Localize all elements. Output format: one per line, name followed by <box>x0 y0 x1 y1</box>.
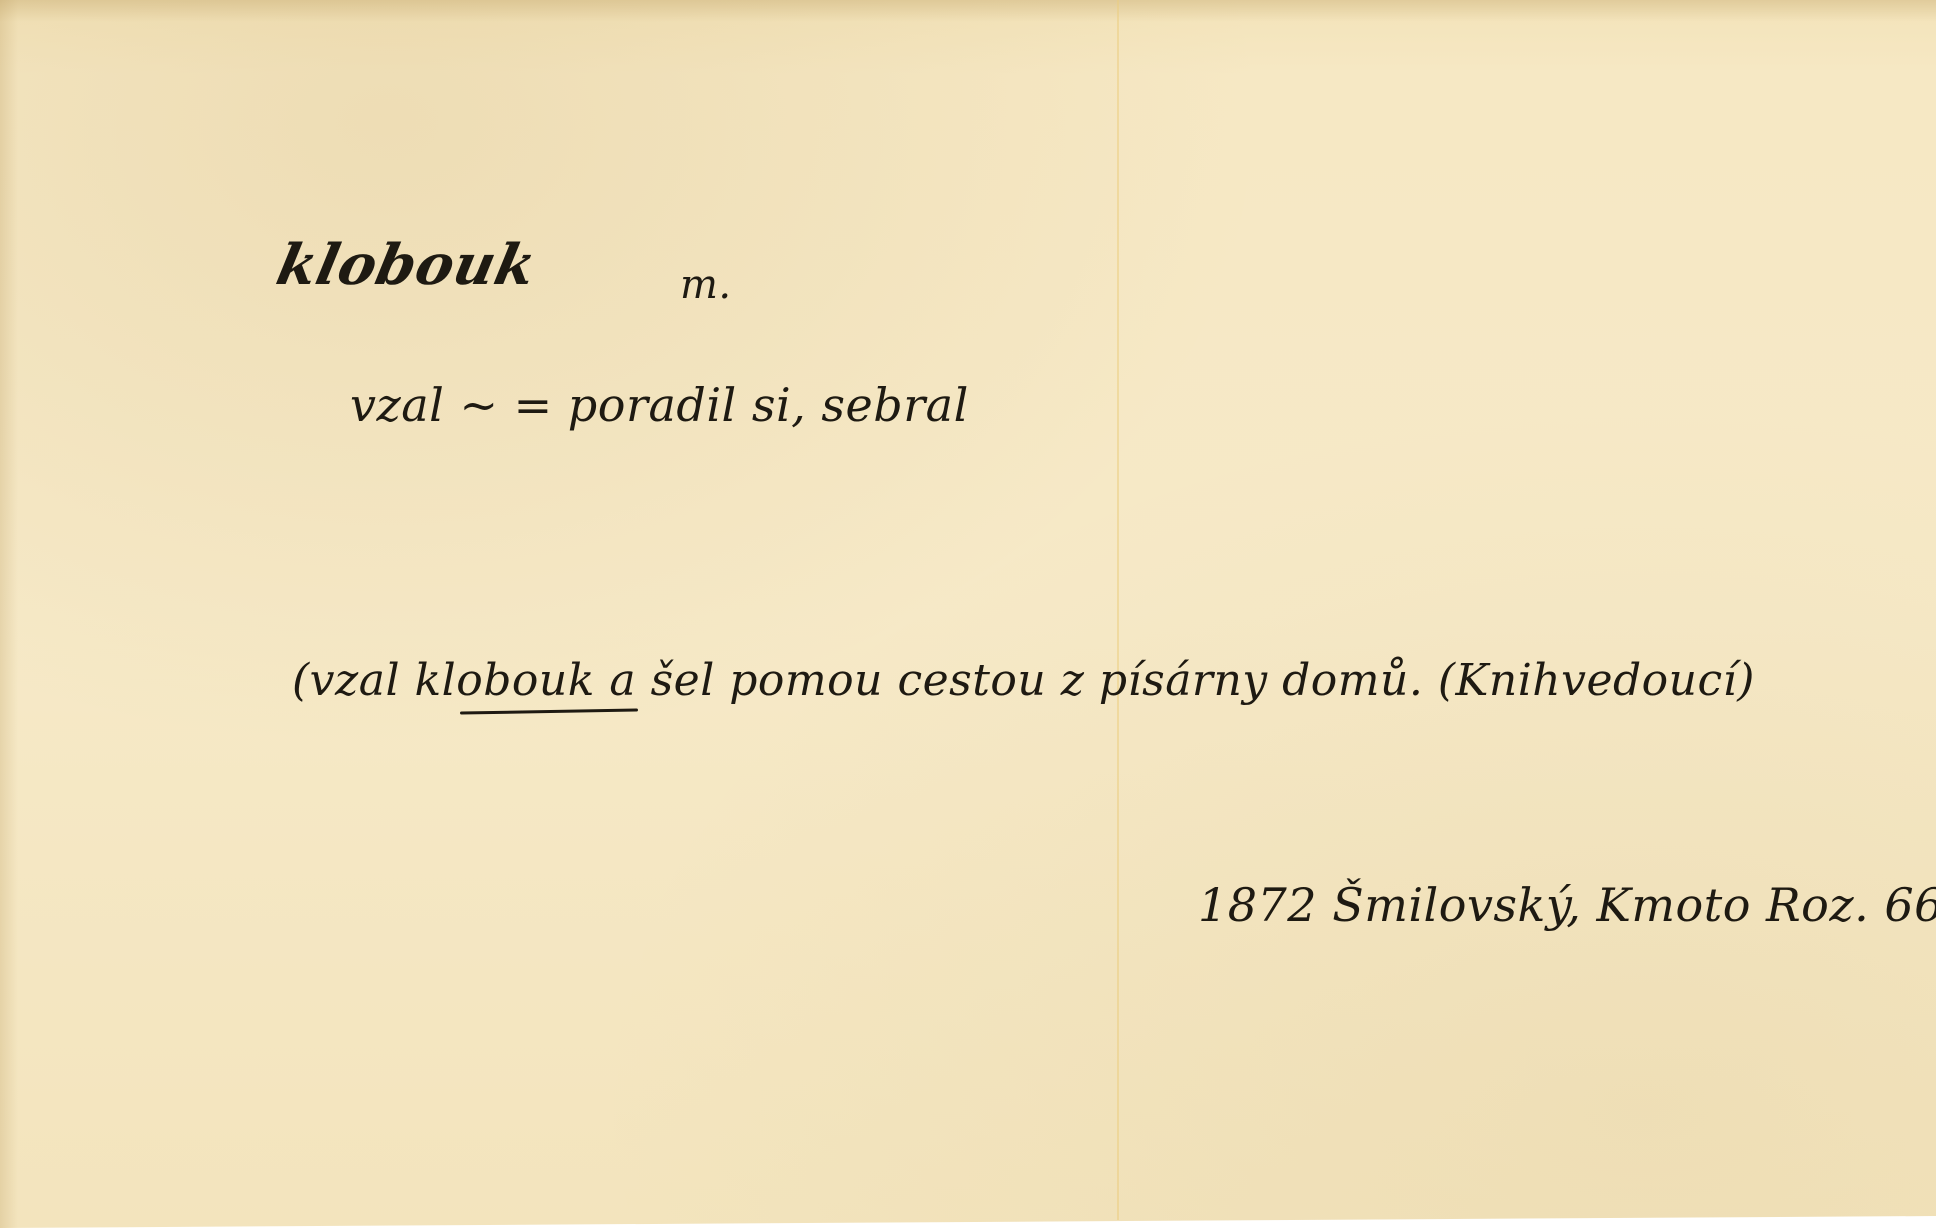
scan-top-shadow <box>0 0 1936 22</box>
scan-left-shadow <box>0 0 18 1232</box>
headword: klobouk <box>271 232 542 298</box>
example-sentence: (vzal klobouk a šel pomou cestou z písár… <box>292 655 1755 706</box>
grammatical-gender: m. <box>680 262 732 308</box>
dictionary-slip: klobouk m. vzal ~ = poradil si, sebral (… <box>0 0 1936 1232</box>
source-citation: 1872 Šmilovský, Kmoto Roz. 66,5. <box>1198 878 1936 932</box>
phrase-definition: vzal ~ = poradil si, sebral <box>350 378 969 432</box>
paper-crease <box>1117 0 1119 1220</box>
headword-underline <box>460 708 638 714</box>
